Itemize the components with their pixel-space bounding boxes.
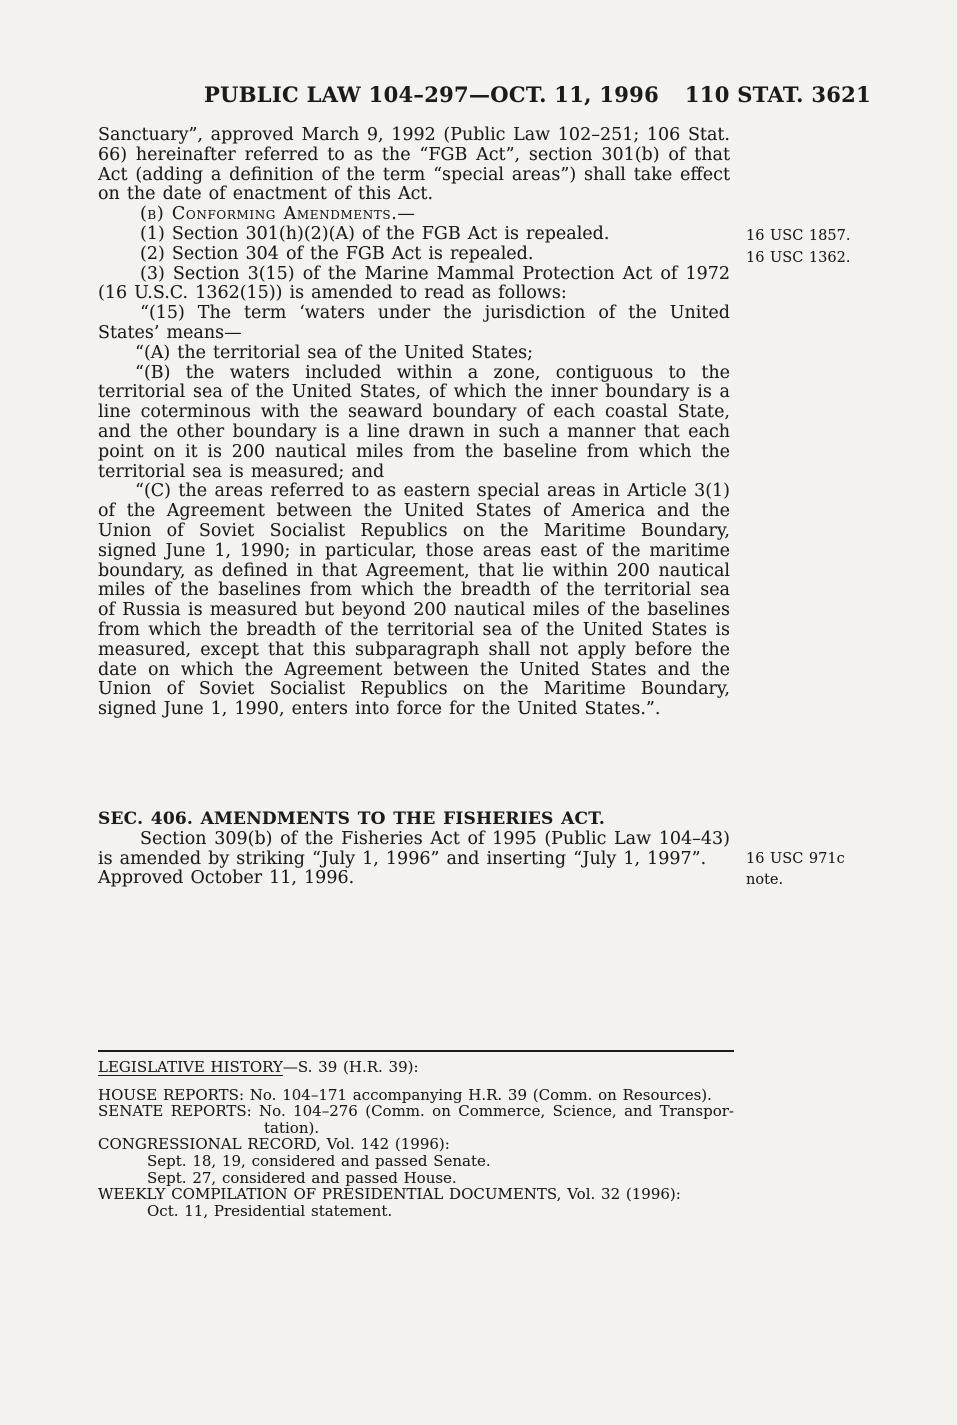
record-house-line: Sept. 27, considered and passed House. xyxy=(147,1170,734,1187)
subclause-b-contiguous-zone: “(B) the waters included within a zone, … xyxy=(98,364,730,483)
senate-reports-continuation: tation). xyxy=(264,1120,734,1137)
legislative-history-bill: —S. 39 (H.R. 39): xyxy=(283,1058,419,1076)
clause-3-mmpa-amendment: (3) Section 3(15) of the Marine Mammal P… xyxy=(98,265,730,305)
paragraph-effective-date: Sanctuary”, approved March 9, 1992 (Publ… xyxy=(98,126,730,205)
statute-page: PUBLIC LAW 104–297—OCT. 11, 1996 110 STA… xyxy=(0,0,957,1425)
clause-15-definition: “(15) The term ‘waters under the jurisdi… xyxy=(98,304,730,344)
margin-note-16-usc-1857: 16 USC 1857. xyxy=(746,226,860,247)
stat-page-number: 110 STAT. 3621 xyxy=(685,82,871,107)
law-number-heading: PUBLIC LAW 104–297—OCT. 11, 1996 xyxy=(204,82,659,107)
clause-2-repeal-304: (2) Section 304 of the FGB Act is repeal… xyxy=(98,245,730,265)
legislative-history-title: LEGISLATIVE HISTORY—S. 39 (H.R. 39): xyxy=(98,1059,734,1076)
house-reports-line: HOUSE REPORTS: No. 104–171 accompanying … xyxy=(98,1087,734,1104)
margin-note-16-usc-971c: 16 USC 971c note. xyxy=(746,849,860,891)
weekly-compilation-line: WEEKLY COMPILATION OF PRESIDENTIAL DOCUM… xyxy=(98,1186,734,1203)
section-406-paragraph: Section 309(b) of the Fisheries Act of 1… xyxy=(98,830,730,870)
margin-note-16-usc-1362: 16 USC 1362. xyxy=(746,248,860,269)
congressional-record-line: CONGRESSIONAL RECORD, Vol. 142 (1996): xyxy=(98,1136,734,1153)
presidential-statement-line: Oct. 11, Presidential statement. xyxy=(147,1203,734,1220)
section-406: SEC. 406. AMENDMENTS TO THE FISHERIES AC… xyxy=(98,810,730,889)
divider-rule xyxy=(98,1050,734,1052)
statute-text-column: Sanctuary”, approved March 9, 1992 (Publ… xyxy=(98,126,730,720)
subclause-c-eastern-special-areas: “(C) the areas referred to as eastern sp… xyxy=(98,482,730,720)
clause-1-repeal-301h2a: (1) Section 301(h)(2)(A) of the FGB Act … xyxy=(98,225,730,245)
legislative-history-block: LEGISLATIVE HISTORY—S. 39 (H.R. 39): HOU… xyxy=(98,1050,734,1219)
approval-line: Approved October 11, 1996. xyxy=(98,869,730,889)
legislative-history-label: LEGISLATIVE HISTORY xyxy=(98,1058,283,1076)
page-header: PUBLIC LAW 104–297—OCT. 11, 1996 110 STA… xyxy=(98,82,871,108)
senate-reports-line: SENATE REPORTS: No. 104–276 (Comm. on Co… xyxy=(98,1103,734,1120)
subclause-a-territorial-sea: “(A) the territorial sea of the United S… xyxy=(98,344,730,364)
section-406-heading: SEC. 406. AMENDMENTS TO THE FISHERIES AC… xyxy=(98,810,730,830)
record-senate-line: Sept. 18, 19, considered and passed Sena… xyxy=(147,1153,734,1170)
paragraph-conforming-amendments: (b) Conforming Amendments.— xyxy=(98,205,730,225)
